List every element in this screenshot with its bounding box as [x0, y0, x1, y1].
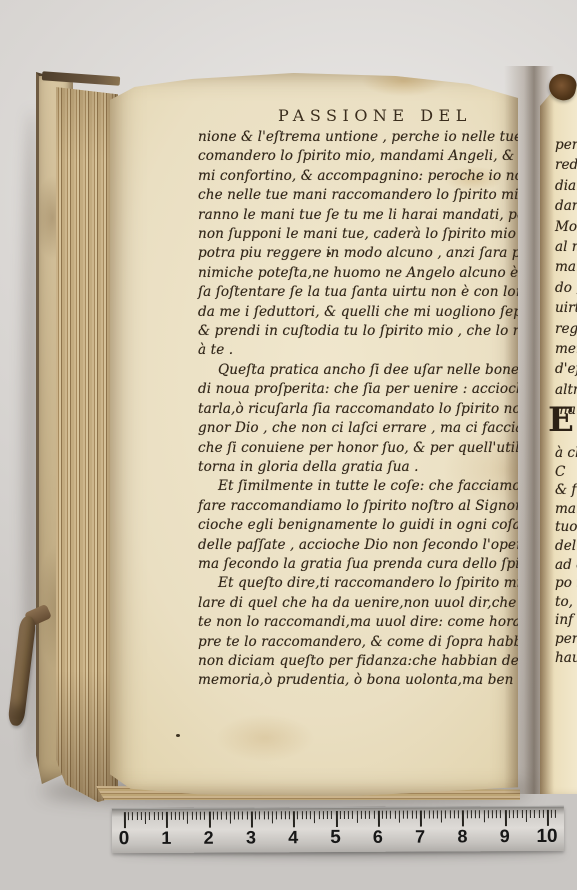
ruler-tick	[522, 810, 523, 818]
text-line: & prendi in cuſtodia tu lo ſpirito mio ,…	[198, 322, 522, 341]
ruler-tick	[141, 812, 142, 820]
ruler-tick	[369, 811, 370, 819]
ruler-tick	[175, 812, 176, 820]
ruler-tick	[454, 810, 455, 818]
text-line: non diciam queſto per fidanza:che habbia…	[198, 652, 522, 671]
ruler-tick	[344, 811, 345, 819]
right-page-text-fragment: del	[555, 537, 577, 556]
text-line: pre te lo raccomandero, & come di ſopra …	[198, 633, 522, 652]
right-page-text-fragment: per	[555, 135, 577, 155]
text-line: ma ſecondo la gratia ſua prenda cura del…	[198, 555, 522, 574]
ruler-tick	[467, 810, 468, 818]
ruler-tick	[149, 812, 150, 820]
right-page-text-fragment: à ch	[555, 444, 577, 463]
ruler-tick	[323, 811, 324, 819]
text-line: Et queſto dire,ti raccomandero lo ſpirit…	[198, 574, 522, 593]
right-page-text-fragment: altr	[555, 380, 577, 400]
gutter-shadow	[504, 66, 554, 794]
page-block-fore-edge	[56, 74, 118, 802]
ruler-tick	[475, 810, 476, 818]
ruler-tick	[204, 812, 205, 820]
text-line: potra piu reggere in modo alcuno , anzi …	[198, 244, 522, 263]
ruler-tick	[225, 812, 226, 820]
text-line: nione & l'eſtrema untione , perche io ne…	[198, 128, 522, 147]
ruler-tick	[158, 812, 159, 820]
ruler-tick	[255, 811, 256, 819]
ruler-tick	[154, 812, 155, 820]
text-line: da me i ſeduttori, & quelli che mi uogli…	[198, 303, 522, 322]
ruler-tick	[247, 811, 248, 819]
ruler-tick	[268, 811, 269, 819]
ruler-tick	[378, 811, 380, 827]
ruler-tick	[543, 810, 544, 818]
ruler-tick	[170, 812, 171, 820]
right-page-text-fragment: to,	[555, 593, 577, 612]
ruler-tick	[263, 811, 264, 819]
page-text-block: nione & l'eſtrema untione , perche io ne…	[198, 128, 522, 691]
ruler: 012345678910	[112, 806, 564, 853]
ruler-tick	[208, 812, 210, 828]
ruler-tick	[314, 811, 315, 823]
ruler-tick	[395, 811, 396, 819]
ruler-tick	[213, 812, 214, 820]
ruler-number: 10	[532, 825, 562, 848]
text-line: torna in gloria della gratia ſua .	[198, 458, 522, 477]
ruler-tick-marks	[112, 806, 564, 808]
right-page-text-fragment: reg	[555, 319, 577, 339]
ruler-number: 6	[363, 826, 393, 849]
ruler-tick	[424, 811, 425, 819]
ruler-tick	[462, 810, 464, 826]
ruler-tick	[340, 811, 341, 819]
ruler-tick	[390, 811, 391, 819]
ruler-tick	[513, 810, 514, 818]
ruler-tick	[331, 811, 332, 819]
ruler-tick	[183, 812, 184, 820]
ruler-tick	[335, 811, 337, 827]
right-page-text-fragments-top: perredediandareMoal mmando ,uirtregmend'…	[555, 135, 577, 421]
ruler-tick	[302, 811, 303, 819]
ruler-number: 8	[447, 825, 477, 848]
text-line: fare raccomandiamo lo ſpirito noſtro al …	[198, 497, 522, 516]
right-page-text-fragment: man	[555, 500, 577, 519]
ruler-tick	[441, 810, 442, 822]
text-line: memoria,ò prudentia, ò bona uolonta,ma b…	[198, 671, 522, 690]
ruler-tick	[132, 812, 133, 820]
text-line: comandero lo ſpirito mio, mandami Angeli…	[198, 147, 522, 166]
text-line: à te .	[198, 341, 522, 360]
ruler-tick	[230, 812, 231, 824]
right-page-text-fragment: ad e	[555, 556, 577, 575]
ruler-tick	[352, 811, 353, 819]
ruler-tick	[416, 811, 417, 819]
ruler-number: 0	[109, 827, 139, 850]
ruler-tick	[327, 811, 328, 819]
ruler-tick	[357, 811, 358, 823]
ruler-number: 7	[405, 825, 435, 848]
ruler-tick	[137, 812, 138, 820]
ruler-tick	[310, 811, 311, 819]
ruler-tick	[547, 810, 549, 826]
text-line: tarla,ò ricuſarla ſia raccomandato lo ſp…	[198, 400, 522, 419]
text-line: Et ſimilmente in tutte le coſe: che facc…	[198, 477, 522, 496]
text-line: mi confortino, & accompagnino: peroche i…	[198, 167, 522, 186]
ruler-tick	[450, 810, 451, 818]
ruler-tick	[251, 811, 253, 827]
right-page-text-fragment: tuo,	[555, 518, 577, 537]
ruler-tick	[318, 811, 319, 819]
ruler-tick	[407, 811, 408, 819]
ruler-tick	[433, 810, 434, 818]
right-page-text-fragment: Mo	[555, 217, 577, 237]
text-line: nimiche poteſta,ne huomo ne Angelo alcun…	[198, 264, 522, 283]
ruler-number: 1	[151, 827, 181, 850]
text-line: di noua proſperita: che ſia per uenire :…	[198, 380, 522, 399]
ruler-tick	[179, 812, 180, 820]
ruler-number: 2	[194, 827, 224, 850]
right-page-text-fragment: per	[555, 630, 577, 649]
text-line: che ſi conuiene per honor ſuo, & per que…	[198, 439, 522, 458]
right-page-text-fragment: C	[555, 463, 577, 482]
ruler-tick	[145, 812, 146, 824]
ruler-tick	[187, 812, 188, 824]
ruler-tick	[361, 811, 362, 819]
ruler-tick	[488, 810, 489, 818]
text-line: delle paſſate , accioche Dio non ſecondo…	[198, 536, 522, 555]
ruler-tick	[162, 812, 163, 820]
ruler-tick	[538, 810, 539, 818]
ruler-tick	[196, 812, 197, 820]
ruler-tick	[530, 810, 531, 818]
ruler-tick	[272, 811, 273, 823]
ruler-tick	[128, 812, 129, 820]
ruler-tick	[382, 811, 383, 819]
text-line: ſa ſoſtentare ſe la tua ſanta uirtu non …	[198, 283, 522, 302]
left-page: PASSIONE DEL nione & l'eſtrema untione ,…	[110, 70, 518, 796]
ruler-tick	[217, 812, 218, 820]
text-line: non ſupponi le mani tue, caderà lo ſpiri…	[198, 225, 522, 244]
ruler-tick	[471, 810, 472, 818]
ruler-tick	[534, 810, 535, 818]
ink-speck	[328, 252, 331, 255]
text-line: te non lo raccomandi,ma uuol dire: come …	[198, 613, 522, 632]
photo-background: PASSIONE DEL nione & l'eſtrema untione ,…	[0, 0, 577, 890]
right-page-text-fragment: & f	[555, 481, 577, 500]
ruler-tick	[505, 810, 507, 826]
right-page-text-fragment: rede	[555, 155, 577, 175]
ruler-tick	[124, 812, 126, 828]
ruler-tick	[238, 812, 239, 820]
ruler-tick	[242, 811, 243, 819]
right-page-text-fragment: hau	[555, 649, 577, 668]
ruler-tick	[348, 811, 349, 819]
right-page-text-fragment: dian	[555, 176, 577, 196]
ruler-number: 5	[320, 826, 350, 849]
ruler-tick	[285, 811, 286, 819]
ruler-tick	[420, 811, 422, 827]
ruler-tick	[276, 811, 277, 819]
ruler-tick	[437, 810, 438, 818]
ruler-tick	[500, 810, 501, 818]
running-header: PASSIONE DEL	[278, 106, 472, 125]
ruler-tick	[399, 811, 400, 823]
text-line: gnor Dio , che non ci laſci errare , ma …	[198, 419, 522, 438]
text-line: cioche egli benignamente lo guidi in ogn…	[198, 516, 522, 535]
ruler-tick	[517, 810, 518, 818]
right-page-text-fragment: do ,	[555, 278, 577, 298]
ruler-tick	[386, 811, 387, 819]
ruler-number: 9	[490, 825, 520, 848]
right-page-text-fragment: al m	[555, 237, 577, 257]
ink-speck	[176, 734, 180, 737]
ruler-tick	[526, 810, 527, 822]
text-line: Queſta pratica ancho ſi dee uſar nelle b…	[198, 361, 522, 380]
ruler-tick	[445, 810, 446, 818]
ruler-tick	[234, 812, 235, 820]
ruler-tick	[297, 811, 298, 819]
ruler-tick	[509, 810, 510, 818]
ruler-tick	[492, 810, 493, 818]
ruler-tick	[221, 812, 222, 820]
ruler-tick	[483, 810, 484, 822]
ruler-tick	[166, 812, 168, 828]
ruler-tick	[259, 811, 260, 819]
right-page-text-fragment: dare	[555, 196, 577, 216]
ruler-tick	[293, 811, 295, 827]
ruler-tick	[200, 812, 201, 820]
ruler-tick	[555, 810, 556, 818]
ruler-tick	[479, 810, 480, 818]
right-page-text-fragment: man	[555, 257, 577, 277]
right-page-text-fragments-lower: à chC& fmantuo,delad epo ito,infperhau	[555, 444, 577, 667]
ruler-number: 4	[278, 826, 308, 849]
text-line: ranno le mani tue ſe tu me li harai mand…	[198, 206, 522, 225]
right-page-text-fragment: d'eſſ	[555, 359, 577, 379]
text-line: lare di quel che ha da uenire,non uuol d…	[198, 594, 522, 613]
right-page-text-fragment: men	[555, 339, 577, 359]
ruler-tick	[496, 810, 497, 818]
ruler-tick	[458, 810, 459, 818]
right-page-text-fragment: inf	[555, 611, 577, 630]
ruler-tick	[412, 811, 413, 819]
right-page-text-fragment: uirt	[555, 298, 577, 318]
ruler-numbers: 012345678910	[112, 806, 564, 808]
ruler-tick	[373, 811, 374, 819]
right-page-text-fragment: po i	[555, 574, 577, 593]
ruler-number: 3	[236, 826, 266, 849]
ruler-tick	[289, 811, 290, 819]
ruler-tick	[551, 810, 552, 818]
ruler-tick	[280, 811, 281, 819]
ruler-tick	[403, 811, 404, 819]
ruler-tick	[192, 812, 193, 820]
ruler-tick	[365, 811, 366, 819]
text-line: che nelle tue mani raccomandero lo ſpiri…	[198, 186, 522, 205]
ruler-tick	[306, 811, 307, 819]
ruler-tick	[428, 811, 429, 819]
